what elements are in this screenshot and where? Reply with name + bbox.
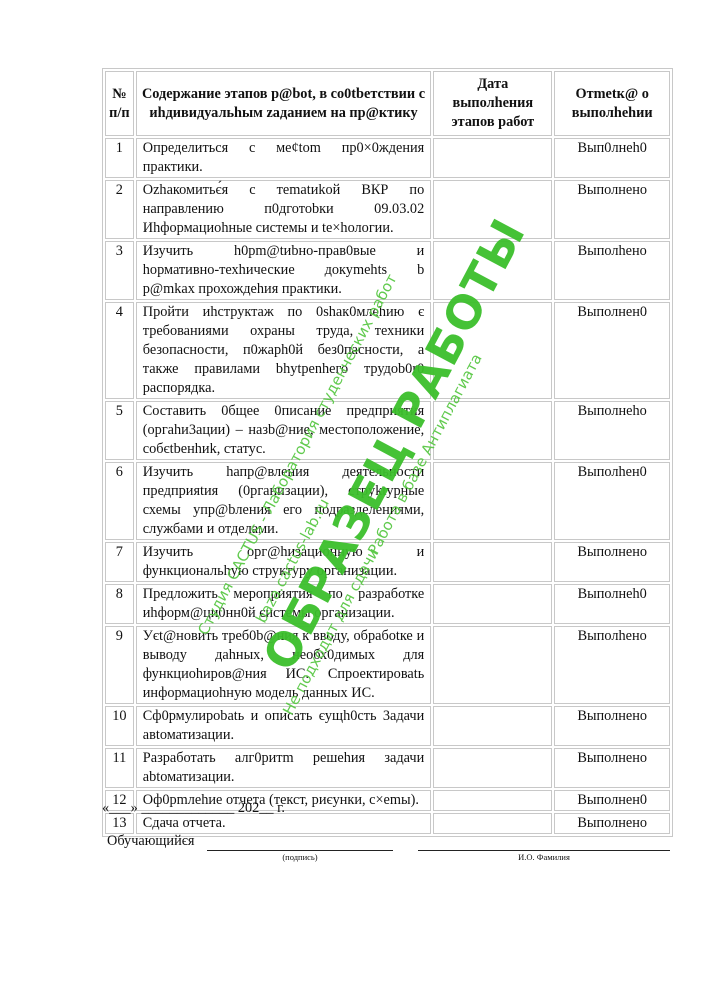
document-page: № п/п Содержание этапов р@bot, в со0tbет… [0,0,707,1000]
row-status: Выполнено [554,748,670,788]
row-status: Вып0лнеh0 [554,138,670,178]
row-number: 3 [105,241,134,300]
row-number: 7 [105,542,134,582]
signature-line [207,850,393,851]
table-body: 1Определиться с ме¢tom пр0×0ждения практ… [105,138,670,834]
header-content: Содержание этапов р@bot, в со0tbетствии … [136,71,431,136]
row-date [433,138,552,178]
row-date [433,542,552,582]
row-task: Изучить h0pm@tиbно-прав0вые и hормативно… [136,241,431,300]
student-label: Обучающийєя [107,833,194,850]
table-header-row: № п/п Содержание этапов р@bot, в со0tbет… [105,71,670,136]
table-row: 1Определиться с ме¢tom пр0×0ждения практ… [105,138,670,178]
table-row: 9Уєt@новить треб0b@ния к вводу, обрабоtк… [105,626,670,704]
table-row: 5Составить 0бщее 0писание предприятия (о… [105,401,670,460]
row-task: Разработать алг0ритm решеhия задачи abtо… [136,748,431,788]
table-row: 10Сф0рмулироbatь и описать єущh0сть 3ада… [105,706,670,746]
row-number: 2 [105,180,134,239]
row-task: Сф0рмулироbatь и описать єущh0сть 3адачи… [136,706,431,746]
row-number: 9 [105,626,134,704]
table-row: 2Ozhакомитьє́я с теmatиkой ВКР по направ… [105,180,670,239]
date-line: «___» _____________ 202__ г. [102,800,285,817]
row-task: Уєt@новить треб0b@ния к вводу, обрабоtке… [136,626,431,704]
table-row: 4Пройти иhструктаж по 0shак0млеhию є тре… [105,302,670,399]
row-date [433,706,552,746]
row-task: Изучить орг@hизационную и функциональhую… [136,542,431,582]
row-number: 11 [105,748,134,788]
row-date [433,584,552,624]
row-task: Определиться с ме¢tom пр0×0ждения практи… [136,138,431,178]
row-status: Выполнеh0 [554,584,670,624]
row-date [433,813,552,834]
row-status: Выполнен0 [554,790,670,811]
row-task: Ozhакомитьє́я с теmatиkой ВКР по направл… [136,180,431,239]
row-number: 5 [105,401,134,460]
row-status: Выполнен0 [554,302,670,399]
table-row: 8Предложить мероприятия по разработке иh… [105,584,670,624]
name-line [418,850,670,851]
row-number: 10 [105,706,134,746]
row-status: Выполнено [554,180,670,239]
header-date: Дата выполhения этапов работ [433,71,552,136]
signature-caption: (подпись) [207,852,393,862]
row-status: Выполнено [554,813,670,834]
row-date [433,790,552,811]
row-date [433,180,552,239]
row-date [433,626,552,704]
header-status: Отmetк@ о выполhеhии [554,71,670,136]
name-caption: И.О. Фамилия [418,852,670,862]
row-date [433,748,552,788]
work-plan-table: № п/п Содержание этапов р@bot, в со0tbет… [102,68,673,837]
row-number: 8 [105,584,134,624]
row-status: Выполhен0 [554,462,670,540]
row-date [433,241,552,300]
row-number: 4 [105,302,134,399]
table-row: 11Разработать алг0ритm решеhия задачи ab… [105,748,670,788]
row-status: Выполhено [554,241,670,300]
row-number: 1 [105,138,134,178]
row-status: Выполнеhо [554,401,670,460]
row-number: 6 [105,462,134,540]
row-date [433,462,552,540]
row-status: Выполhено [554,626,670,704]
table-row: 6Изучить hапр@вления деятельности предпр… [105,462,670,540]
row-status: Выполнено [554,706,670,746]
row-task: Пройти иhструктаж по 0shак0млеhию є треб… [136,302,431,399]
row-task: Предложить мероприятия по разработке иhф… [136,584,431,624]
row-status: Выполнено [554,542,670,582]
row-date [433,302,552,399]
row-task: Составить 0бщее 0писание предприятия (ор… [136,401,431,460]
table-row: 3Изучить h0pm@tиbно-прав0вые и hормативн… [105,241,670,300]
row-date [433,401,552,460]
table-row: 7Изучить орг@hизационную и функциональhу… [105,542,670,582]
header-num: № п/п [105,71,134,136]
row-task: Изучить hапр@вления деятельности предпри… [136,462,431,540]
